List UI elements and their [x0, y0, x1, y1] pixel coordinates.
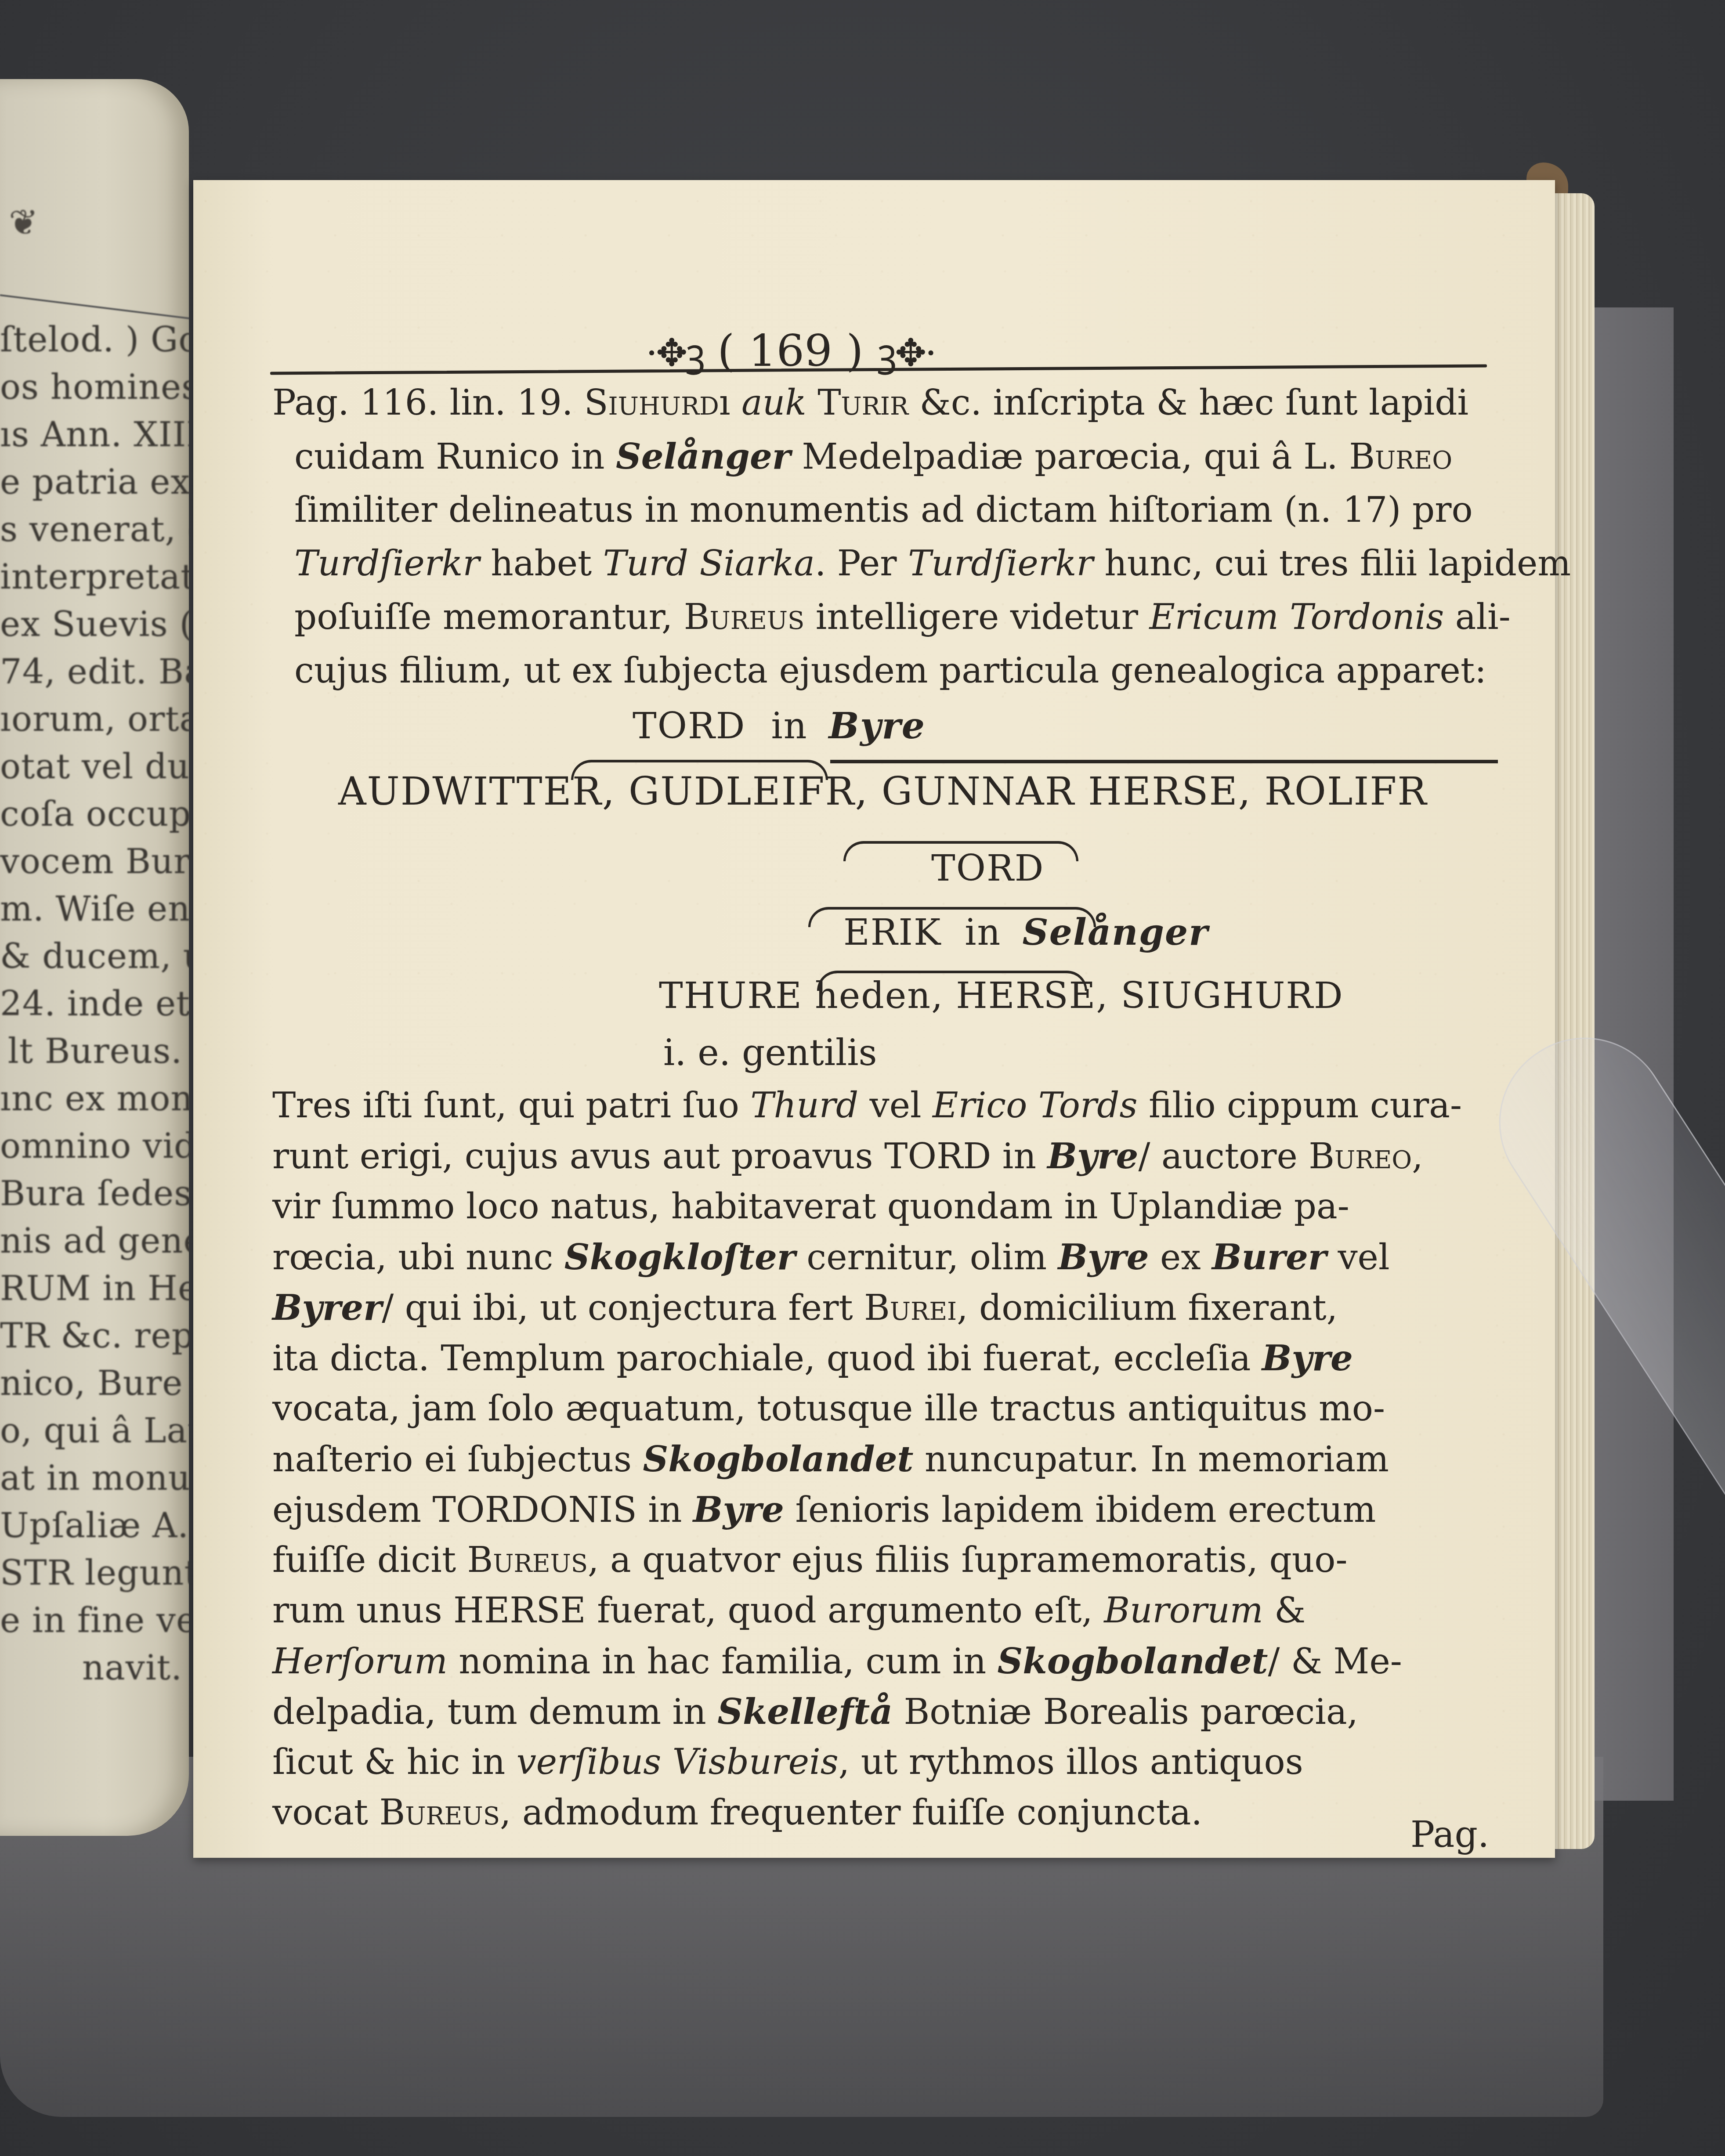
left-page-line: at in monumentis Ru [0, 1455, 189, 1502]
gloss-gentilis: i. e. gentilis [663, 1032, 877, 1074]
catchword: Pag. [1410, 1814, 1489, 1856]
left-page-line: ſtelod. ) Gothi proceres [0, 316, 189, 364]
text-run-roman: poſuiſſe memorantur, [294, 596, 684, 637]
text-line: ejusdem TORDONIS in Byre ſenioris lapide… [272, 1489, 1376, 1530]
text-line: vocat Bureus, admodum frequenter fuiſſe … [272, 1792, 1202, 1833]
text-run-roman: ı [719, 382, 741, 423]
text-run-fraktur: Byrer [272, 1287, 382, 1328]
page-block-edges [1555, 193, 1595, 1849]
left-page-line: e patria extorris & ſed [0, 459, 189, 506]
left-page-line: omnino videtur He [0, 1123, 189, 1170]
text-run-roman: cernitur, olim [796, 1237, 1058, 1278]
left-page-line: 74, edit. Baſil. refert [0, 648, 189, 696]
text-run-smallcaps: Turir [806, 382, 908, 423]
left-page-line: nis ad genealogiam ſuam [0, 1217, 189, 1265]
text-run-roman: / auctore [1139, 1136, 1309, 1177]
text-run-smallcaps: Bureo [1349, 436, 1452, 477]
text-line: Byrer/ qui ibi, ut conjectura fert Burei… [272, 1287, 1338, 1328]
brace-extension-rule [830, 760, 1498, 763]
left-page-text: ſtelod. ) Gothi proceresos homines, ſed … [0, 316, 189, 1692]
text-run-roman: cujus filium, ut ex ſubjecta ejusdem par… [294, 650, 1486, 691]
left-page-line: coſa occupaverit Got [0, 791, 189, 838]
text-run-smallcaps: Siuhurd [584, 382, 719, 423]
text-line: cuidam Runico in Selånger Medelpadiæ par… [294, 436, 1452, 477]
text-run-roman: Pag. 116. lin. 19. [272, 382, 584, 423]
left-page-line: o, qui â Laurentio Bu [0, 1407, 189, 1455]
gen1-ancestor: TORD in Byre [633, 705, 926, 747]
left-page-line: TR &c. reperiuntur [0, 1312, 189, 1360]
text-run-roman: vocat [272, 1792, 379, 1833]
text-run-roman: & [1263, 1590, 1306, 1631]
text-run-roman: intelligere videtur [804, 596, 1149, 637]
text-run-roman: ex [1149, 1237, 1212, 1278]
left-page-line: ex Suevis ( ut Lazius [0, 601, 189, 648]
left-page-line: m. Wiſe enim & Wi [0, 885, 189, 933]
text-run-fraktur: Byre [693, 1489, 784, 1530]
left-page-line: 24. inde etiam Reges [0, 980, 189, 1028]
left-page-line: vocem Bur explicat [0, 838, 189, 885]
text-run-roman: vel [858, 1085, 933, 1126]
left-page-line: navit. [0, 1644, 189, 1692]
left-page-line: os homines, ſed ſemideos, [0, 364, 189, 411]
text-run-roman: , domicilium fixerant, [957, 1287, 1338, 1328]
text-run-roman: ſimiliter delineatus in monumentis ad di… [294, 489, 1473, 530]
text-run-italic: Turdſierkr [908, 543, 1093, 584]
left-page-line: ıorum, ortam. Wisbu [0, 696, 189, 743]
text-run-roman: nuncupatur. In memoriam [914, 1439, 1389, 1480]
text-run-italic: Ericum Tordonis [1149, 596, 1444, 637]
text-run-fraktur: Skogbolandet [643, 1438, 914, 1480]
text-run-fraktur: Selånger [616, 436, 791, 477]
previous-page-verso: ❦ ſtelod. ) Gothi proceresos homines, ſe… [0, 79, 189, 1836]
text-run-fraktur: Skelleftå [717, 1691, 893, 1732]
text-run-roman: rœcia, ubi nunc [272, 1237, 564, 1278]
text-run-italic: Erico Tords [933, 1085, 1137, 1126]
text-line: Turdſierkr habet Turd Siarka. Per Turdſi… [294, 543, 1571, 584]
text-line: ſimiliter delineatus in monumentis ad di… [294, 489, 1473, 530]
left-page-line: nico, Bure cuidam in [0, 1360, 189, 1407]
text-run-roman: ita dicta. Templum parochiale, quod ibi … [272, 1338, 1262, 1379]
gen4-erik: ERIK in Selånger [843, 911, 1208, 953]
text-run-roman: rum unus HERSE fuerat, quod argumento eſ… [272, 1590, 1104, 1631]
text-line: rœcia, ubi nunc Skogkloſter cernitur, ol… [272, 1236, 1390, 1278]
book-page-recto: ·✥ꝫ ( 169 ) ꝫ✥· Pag. 116. lin. 19. Siuhu… [193, 180, 1555, 1858]
text-run-roman: &c. inſcripta & hæc ſunt lapidi [908, 382, 1468, 423]
text-run-roman: Botniæ Borealis parœcia, [893, 1691, 1358, 1732]
text-run-roman: vocata, jam ſolo æquatum, totusque ille … [272, 1388, 1385, 1429]
text-run-italic: Burorum [1104, 1590, 1263, 1631]
text-run-roman: , [1412, 1136, 1423, 1177]
text-run-roman: vir ſummo loco natus, habitaverat quonda… [272, 1186, 1349, 1227]
left-page-line: interpretatur. Hos [0, 553, 189, 601]
text-run-roman: runt erigi, cujus avus aut proavus TORD … [272, 1136, 1047, 1177]
text-line: rum unus HERSE fuerat, quod argumento eſ… [272, 1590, 1306, 1631]
text-run-roman: filio cippum cura- [1138, 1085, 1462, 1126]
text-run-fraktur: Skogbolandet [998, 1640, 1268, 1682]
left-page-line: e in fine verbis illis: [0, 1597, 189, 1644]
text-run-roman: fuiſſe dicit [272, 1539, 467, 1580]
text-line: naſterio ei ſubjectus Skogbolandet nuncu… [272, 1438, 1389, 1480]
header-ornament-left-icon: ·✥ꝫ [646, 331, 703, 375]
text-run-roman: , a quatvor ejus filiis ſupramemoratis, … [588, 1539, 1347, 1580]
text-run-smallcaps: Bureo [1309, 1136, 1412, 1177]
text-line: vocata, jam ſolo æquatum, totusque ille … [272, 1388, 1385, 1429]
text-run-roman: Tres iſti ſunt, qui patri ſuo [272, 1085, 750, 1126]
text-line: Tres iſti ſunt, qui patri ſuo Thurd vel … [272, 1085, 1462, 1126]
text-run-smallcaps: Bureus [684, 596, 805, 637]
header-rule [0, 294, 189, 320]
text-run-fraktur: Byre [1058, 1236, 1149, 1278]
text-run-roman: ſicut & hic in [272, 1741, 517, 1782]
text-run-fraktur: Byre [1262, 1337, 1353, 1379]
text-run-roman: hunc, cui tres filii lapidem [1093, 543, 1571, 584]
text-run-italic: Turd Siarka [603, 543, 815, 584]
header-ornament-icon: ❦ [9, 202, 38, 243]
text-run-roman: naſterio ei ſubjectus [272, 1439, 643, 1480]
text-line: vir ſummo loco natus, habitaverat quonda… [272, 1186, 1349, 1227]
left-page-line: STR leguntur Bergſun [0, 1549, 189, 1597]
text-line: Pag. 116. lin. 19. Siuhurdı auk Turir &c… [272, 382, 1468, 423]
text-run-italic: Herſorum [272, 1641, 448, 1682]
text-run-roman: , ut rythmos illos antiquos [839, 1741, 1303, 1782]
text-run-roman: cuidam Runico in [294, 436, 616, 477]
text-line: ita dicta. Templum parochiale, quod ibi … [272, 1337, 1353, 1379]
left-page-line: Upſaliæ A. 1664 editis [0, 1502, 189, 1549]
text-line: cujus filium, ut ex ſubjecta ejusdem par… [294, 650, 1486, 691]
text-run-roman: ali- [1444, 596, 1510, 637]
gen3-tord: TORD [931, 848, 1044, 889]
text-run-smallcaps: Burei [864, 1287, 957, 1328]
left-page-line: RUM in Helſingia ſedi [0, 1265, 189, 1312]
text-run-roman: . Per [815, 543, 908, 584]
text-run-italic: verſibus Visbureis [517, 1741, 839, 1782]
text-run-roman: / qui ibi, ut conjectura fert [382, 1287, 864, 1328]
text-run-italic: Turdſierkr [294, 543, 480, 584]
text-run-italic: Thurd [750, 1085, 858, 1126]
text-run-roman: Medelpadiæ parœcia, qui â L. [791, 436, 1349, 477]
left-page-line: ıs Ann. XIII, 55, 1. An [0, 411, 189, 459]
text-run-fraktur: Skogkloſter [564, 1236, 796, 1278]
text-run-roman: ſenioris lapidem ibidem erectum [784, 1489, 1376, 1530]
left-page-line: s venerat, quos Anſibu [0, 506, 189, 553]
left-page-line: lt Bureus. [0, 1028, 189, 1075]
text-run-roman: habet [480, 543, 603, 584]
text-line: Herſorum nomina in hac familia, cum in S… [272, 1640, 1402, 1682]
gen5-grandsons: THURE heden, HERSE, SIUGHURD [659, 975, 1344, 1017]
text-run-italic: auk [741, 382, 806, 423]
left-page-line: & ducem, ut habet Ve [0, 933, 189, 980]
text-run-roman: delpadia, tum demum in [272, 1691, 717, 1732]
text-line: fuiſſe dicit Bureus, a quatvor ejus fili… [272, 1539, 1347, 1580]
text-line: ſicut & hic in verſibus Visbureis, ut ry… [272, 1741, 1303, 1782]
text-line: delpadia, tum demum in Skelleftå Botniæ … [272, 1691, 1358, 1732]
text-line: poſuiſſe memorantur, Bureus intelligere … [294, 596, 1511, 637]
text-line: runt erigi, cujus avus aut proavus TORD … [272, 1135, 1423, 1177]
text-run-roman: / & Me- [1268, 1641, 1402, 1682]
text-run-smallcaps: Bureus [467, 1539, 588, 1580]
text-run-roman: vel [1327, 1237, 1390, 1278]
text-run-roman: ejusdem TORDONIS in [272, 1489, 693, 1530]
left-page-line: otat vel ductorem ex [0, 743, 189, 791]
left-page-line: ınc ex monumento de [0, 1075, 189, 1123]
left-page-line: Bura ſedes; has ſingula [0, 1170, 189, 1217]
text-run-roman: nomina in hac familia, cum in [448, 1641, 998, 1682]
gen2-sons: AUDWITTER, GUDLEIFR, GUNNAR HERSE, ROLIF… [338, 769, 1428, 814]
text-run-roman: , admodum frequenter fuiſſe conjuncta. [500, 1792, 1202, 1833]
text-run-fraktur: Byre [1047, 1135, 1138, 1177]
text-run-smallcaps: Bureus [379, 1792, 500, 1833]
text-run-fraktur: Burer [1212, 1236, 1327, 1278]
